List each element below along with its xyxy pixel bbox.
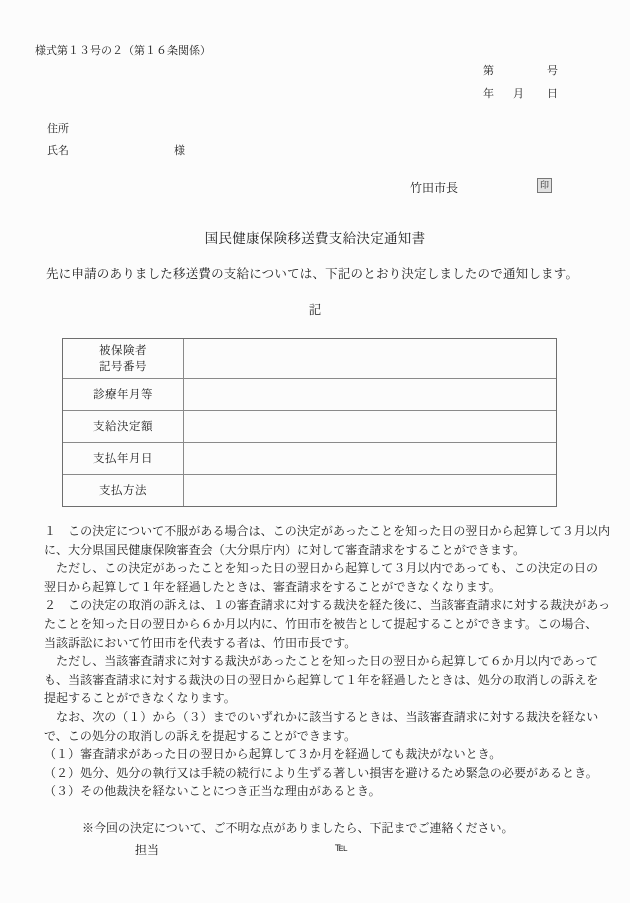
notes-line: （１）審査請求があった日の翌日から起算して３か月を経過しても裁決がないとき。 xyxy=(44,745,604,764)
notes-line: も、当該審査請求に対する裁決の日の翌日から起算して１年を経過したときは、処分の取… xyxy=(44,671,604,690)
seal-placeholder: 印 xyxy=(537,178,552,193)
table-row: 被保険者記号番号 xyxy=(63,339,556,378)
document-number-prefix: 第 xyxy=(483,62,494,78)
notes-block: １ この決定について不服がある場合は、この決定があったことを知った日の翌日から起… xyxy=(44,522,604,801)
recipient-honorific: 様 xyxy=(174,142,185,158)
date-day-label: 日 xyxy=(547,85,558,101)
row-label: 支給決定額 xyxy=(63,411,184,442)
notes-line: 翌日から起算して１年を経過したときは、審査請求をすることができなくなります。 xyxy=(44,578,604,597)
document-page: 様式第１３号の２（第１６条関係） 第 号 年 月 日 住所 氏名 様 竹田市長 … xyxy=(0,0,630,903)
notes-line: （３）その他裁決を経ないことにつき正当な理由があるとき。 xyxy=(44,782,604,801)
notes-line: （２）処分、処分の執行又は手続の続行により生ずる著しい損害を避けるため緊急の必要… xyxy=(44,764,604,783)
row-value xyxy=(184,379,556,410)
notes-line: ただし、この決定があったことを知った日の翌日から起算して３月以内であっても、この… xyxy=(44,559,604,578)
recipient-address-label: 住所 xyxy=(47,120,69,136)
notes-line: 当該訴訟において竹田市を代表する者は、竹田市長です。 xyxy=(44,634,604,653)
table-row: 診療年月等 xyxy=(63,378,556,410)
notes-line: 提起することができなくなります。 xyxy=(44,689,604,708)
contact-note: ※今回の決定について、ご不明な点がありましたら、下記までご連絡ください。 xyxy=(82,819,514,836)
intro-text: 先に申請のありました移送費の支給については、下記のとおり決定しましたので通知しま… xyxy=(46,264,578,282)
row-label: 支払年月日 xyxy=(63,443,184,474)
notes-line: ２ この決定の取消の訴えは、１の審査請求に対する裁決を経た後に、当該審査請求に対… xyxy=(44,596,604,615)
table-row: 支払方法 xyxy=(63,474,556,506)
row-label: 支払方法 xyxy=(63,475,184,506)
notes-line: ただし、当該審査請求に対する裁決があったことを知った日の翌日から起算して６か月以… xyxy=(44,652,604,671)
recipient-name-label: 氏名 xyxy=(47,142,69,158)
issuer-title: 竹田市長 xyxy=(410,179,458,196)
row-value xyxy=(184,443,556,474)
date-year-label: 年 xyxy=(483,85,494,101)
notes-line: で、この処分の取消しの訴えを提起することができます。 xyxy=(44,727,604,746)
row-value xyxy=(184,339,556,378)
notes-line: なお、次の（１）から（３）までのいずれかに該当するときは、当該審査請求に対する裁… xyxy=(44,708,604,727)
record-marker: 記 xyxy=(0,300,630,318)
row-label: 診療年月等 xyxy=(63,379,184,410)
row-value xyxy=(184,475,556,506)
row-label: 被保険者記号番号 xyxy=(63,339,184,378)
notes-line: に、大分県国民健康保険審査会（大分県庁内）に対して審査請求をすることができます。 xyxy=(44,541,604,560)
tel-label: ℡ xyxy=(335,840,348,855)
table-row: 支払年月日 xyxy=(63,442,556,474)
notes-line: たことを知った日の翌日から６か月以内に、竹田市を被告として提起することができます… xyxy=(44,615,604,634)
details-table: 被保険者記号番号診療年月等支給決定額支払年月日支払方法 xyxy=(62,338,557,507)
document-number-suffix: 号 xyxy=(547,62,558,78)
row-value xyxy=(184,411,556,442)
table-row: 支給決定額 xyxy=(63,410,556,442)
notes-line: １ この決定について不服がある場合は、この決定があったことを知った日の翌日から起… xyxy=(44,522,604,541)
staff-label: 担当 xyxy=(135,841,159,858)
date-month-label: 月 xyxy=(513,85,524,101)
document-title: 国民健康保険移送費支給決定通知書 xyxy=(0,227,630,247)
form-number: 様式第１３号の２（第１６条関係） xyxy=(35,44,211,58)
